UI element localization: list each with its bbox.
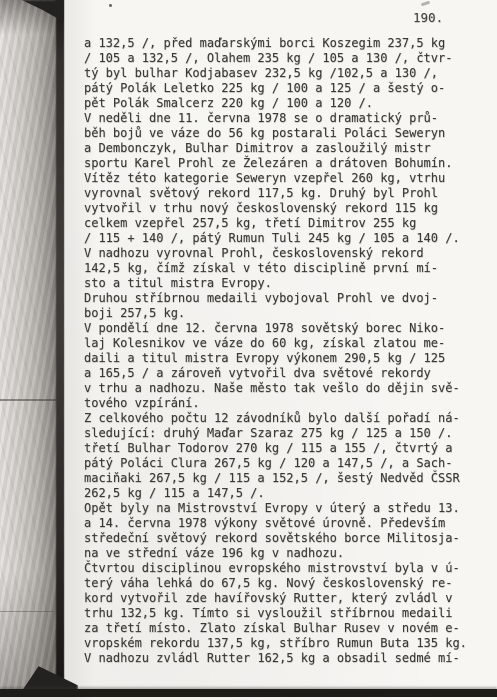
scan-edge-shadow-band <box>0 0 64 697</box>
scanned-document-page: 190. a 132,5 /, před maďarskými borci Ko… <box>0 0 497 700</box>
text-line: Opět byly na Mistrovství Evropy v úterý … <box>84 501 484 516</box>
text-line: celkem vzepřel 257,5 kg, třetí Dimitrov … <box>84 216 484 231</box>
text-line: / 105 a 132,5 /, Olahem 235 kg / 105 a 1… <box>84 51 484 66</box>
text-line: terý váha lehká do 67,5 kg. Nový českosl… <box>84 576 484 591</box>
text-line: v trhu a nadhozu. Naše město tak vešlo d… <box>84 381 484 396</box>
text-line: / 115 + 140 /, pátý Rumun Tuli 245 kg / … <box>84 231 484 246</box>
text-line: běh bojů ve váze do 56 kg postarali Polá… <box>84 126 484 141</box>
text-line: na ve střední váze 196 kg v nadhozu. <box>84 546 484 561</box>
ink-speck <box>421 1 430 7</box>
text-line: pátý Poláci Clura 267,5 kg / 120 a 147,5… <box>84 456 484 471</box>
text-line: Vítěz této kategorie Seweryn vzepřel 260… <box>84 171 484 186</box>
text-line: 262,5 kg / 115 a 147,5 /. <box>84 486 484 501</box>
text-line: tý byl bulhar Kodjabasev 232,5 kg /102,5… <box>84 66 484 81</box>
text-line: a 132,5 /, před maďarskými borci Koszegi… <box>84 36 484 51</box>
text-line: a 165,5 / a zároveň vytvořil dva světové… <box>84 366 484 381</box>
text-line: kord vytvořil zde havířovský Rutter, kte… <box>84 591 484 606</box>
text-line: sledující: druhý Maďar Szaraz 275 kg / 1… <box>84 426 484 441</box>
document-text: a 132,5 /, před maďarskými borci Koszegi… <box>84 36 484 666</box>
text-line: středeční světový rekord sovětského borc… <box>84 531 484 546</box>
text-line: V neděli dne 11. června 1978 se o dramat… <box>84 111 484 126</box>
text-line: a Dembonczyk, Bulhar Dimitrov a zaslouži… <box>84 141 484 156</box>
ink-speck <box>109 4 112 7</box>
text-line: vytvořil v trhu nový československý reko… <box>84 201 484 216</box>
text-line: pátý Polák Leletko 225 kg / 100 a 125 / … <box>84 81 484 96</box>
text-line: pět Polák Smalcerz 220 kg / 100 a 120 /. <box>84 96 484 111</box>
text-line: Z celkového počtu 12 závodníků bylo dalš… <box>84 411 484 426</box>
text-line: sto a titul mistra Evropy. <box>84 276 484 291</box>
scratch-artifact <box>0 399 63 401</box>
text-line: 142,5 kg, čímž získal v této disciplině … <box>84 261 484 276</box>
text-line: daili a titul mistra Evropy výkonem 290,… <box>84 351 484 366</box>
text-line: za třetí místo. Zlato získal Bulhar Ruse… <box>84 621 484 636</box>
text-line: maciňaki 267,5 kg / 115 a 152,5 /, šestý… <box>84 471 484 486</box>
text-line: Druhou stříbrnou medaili vybojoval Prohl… <box>84 291 484 306</box>
text-line: laj Kolesnikov ve váze do 60 kg, získal … <box>84 336 484 351</box>
text-line: V nadhozu zvládl Rutter 162,5 kg a obsad… <box>84 651 484 666</box>
text-line: vropském rekordu 137,5 kg, stříbro Rumun… <box>84 636 484 651</box>
text-line: V nadhozu vyrovnal Prohl, československý… <box>84 246 484 261</box>
text-line: třetí Bulhar Todorov 270 kg / 115 a 155 … <box>84 441 484 456</box>
text-line: V pondělí dne 12. června 1978 sovětský b… <box>84 321 484 336</box>
text-line: a 14. června 1978 výkony světové úrovně.… <box>84 516 484 531</box>
text-line: vyrovnal světový rekord 117,5 kg. Druhý … <box>84 186 484 201</box>
text-line: tového vzpírání. <box>84 396 484 411</box>
scan-edge-line <box>56 0 64 693</box>
page-number: 190. <box>413 10 443 25</box>
scratch-artifact <box>0 611 54 612</box>
text-line: Čtvrtou disciplinou evropského mistrovst… <box>84 561 484 576</box>
bottom-scan-bar <box>0 689 497 697</box>
text-line: boji 257,5 kg. <box>84 306 484 321</box>
text-line: sportu Karel Prohl ze Železáren a drátov… <box>84 156 484 171</box>
text-line: trhu 132,5 kg. Tímto si vysloužil stříbr… <box>84 606 484 621</box>
